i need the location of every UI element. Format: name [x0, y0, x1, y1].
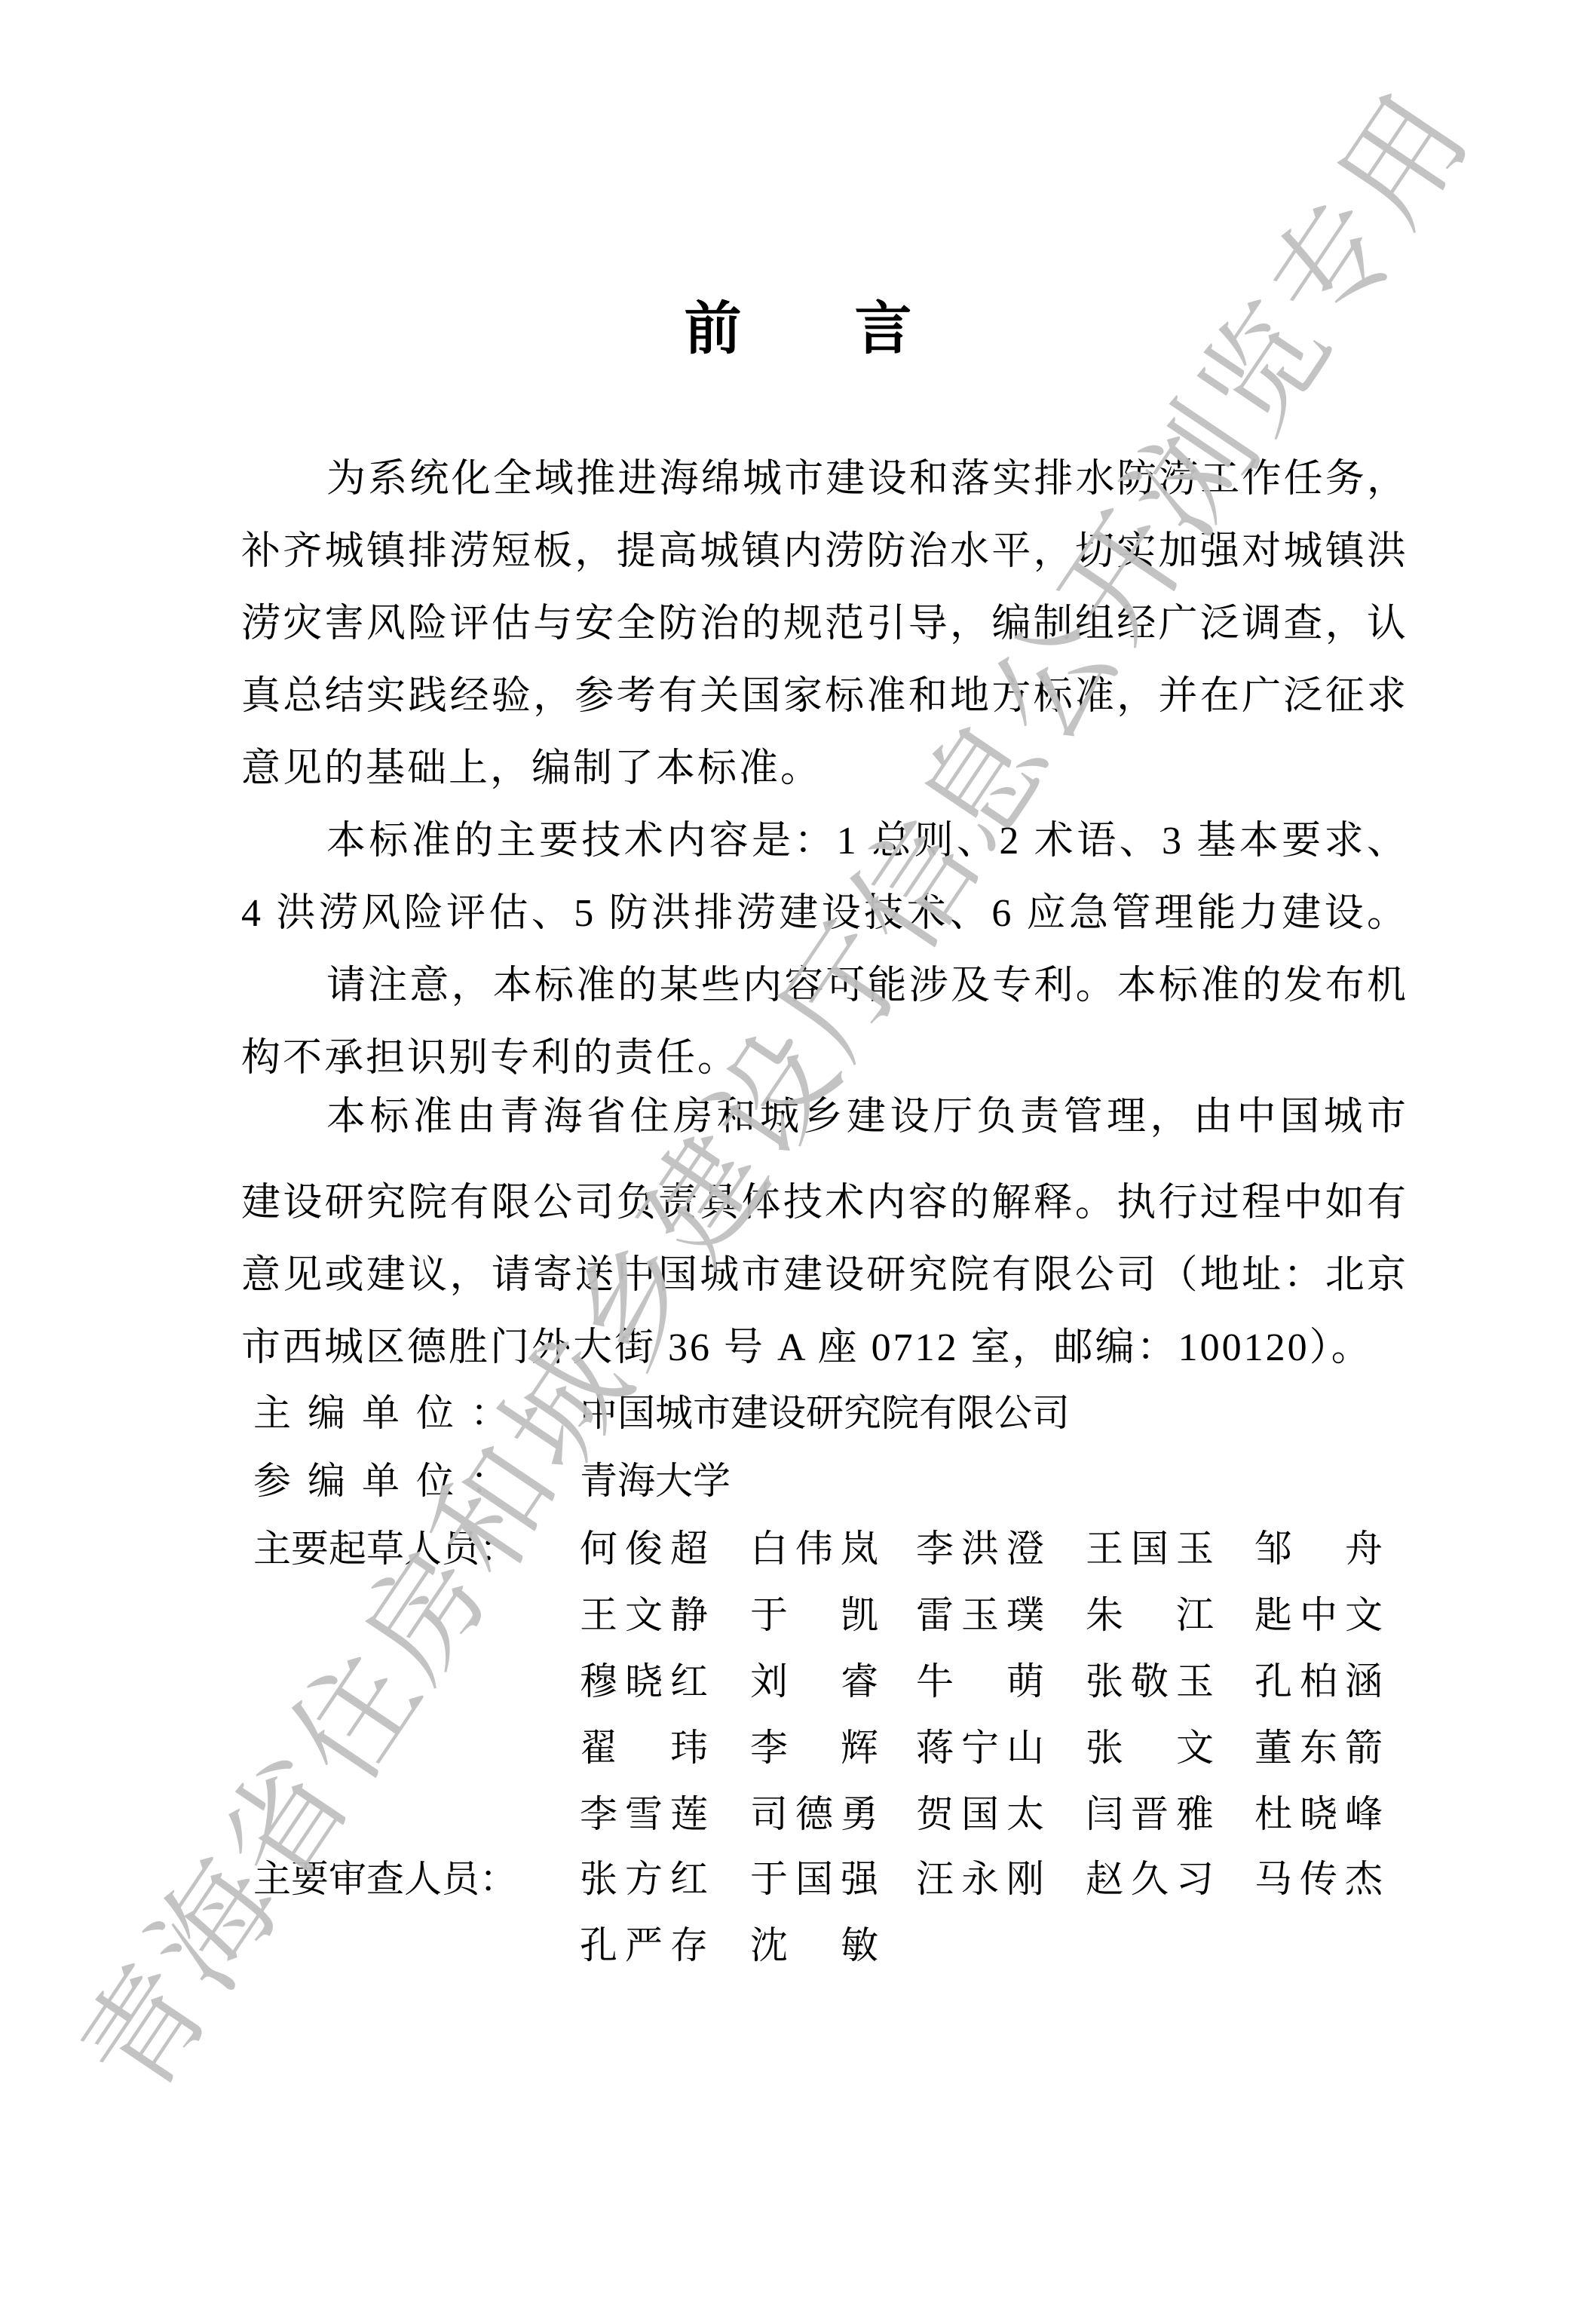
name-row: 穆晓红刘 睿牛 萌张敬玉孔柏涵	[0, 1648, 1596, 1715]
person-name: 王文静	[580, 1582, 708, 1648]
person-name: 朱 江	[1086, 1582, 1214, 1648]
person-name: 于国强	[750, 1846, 878, 1912]
chief-editor-value: 中国城市建设研究院有限公司	[580, 1380, 1070, 1446]
person-name: 闫晋雅	[1086, 1781, 1214, 1847]
title-char-1: 前	[685, 296, 742, 363]
paragraph-line: 建设研究院有限公司负责具体技术内容的解释。执行过程中如有	[241, 1167, 1408, 1240]
person-name: 牛 萌	[916, 1648, 1044, 1715]
paragraph-line: 意见或建议，请寄送中国城市建设研究院有限公司（地址：北京	[241, 1240, 1408, 1312]
paragraph-line: 补齐城镇排涝短板，提高城镇内涝防治水平，切实加强对城镇洪	[241, 516, 1408, 588]
person-name: 何俊超	[580, 1516, 708, 1582]
paragraph-line: 请注意，本标准的某些内容可能涉及专利。本标准的发布机	[326, 950, 1408, 1022]
name-row: 王文静于 凯雷玉璞朱 江匙中文	[0, 1582, 1596, 1648]
person-name: 王国玉	[1086, 1516, 1214, 1582]
person-name: 张敬玉	[1086, 1648, 1214, 1715]
person-name: 李雪莲	[580, 1781, 708, 1847]
paragraph-line: 本标准的主要技术内容是：1 总则、2 术语、3 基本要求、	[326, 805, 1408, 878]
name-row: 孔严存沈 敏	[0, 1912, 1596, 1978]
participant-value: 青海大学	[580, 1448, 731, 1514]
person-name: 于 凯	[750, 1582, 878, 1648]
person-name: 翟 玮	[580, 1715, 708, 1781]
participant-row: 参编单位： 青海大学	[0, 1448, 1596, 1514]
chief-editor-row: 主编单位： 中国城市建设研究院有限公司	[0, 1380, 1596, 1446]
name-row: 何俊超白伟岚李洪澄王国玉邹 舟	[0, 1516, 1596, 1582]
person-name: 李洪澄	[916, 1516, 1044, 1582]
person-name: 张 文	[1086, 1715, 1214, 1781]
page-content: 前言 为系统化全域推进海绵城市建设和落实排水防涝工作任务，补齐城镇排涝短板，提高…	[0, 0, 1596, 2314]
person-name: 白伟岚	[750, 1516, 878, 1582]
person-name: 董东箭	[1254, 1715, 1383, 1781]
paragraph-line: 市西城区德胜门外大街 36 号 A 座 0712 室，邮编：100120）。	[241, 1312, 1373, 1384]
document-page: 前言 为系统化全域推进海绵城市建设和落实排水防涝工作任务，补齐城镇排涝短板，提高…	[0, 0, 1596, 2314]
paragraph-line: 涝灾害风险评估与安全防治的规范引导，编制组经广泛调查，认	[241, 588, 1408, 660]
name-row: 张方红于国强汪永刚赵久习马传杰	[0, 1846, 1596, 1912]
name-row: 翟 玮李 辉蒋宁山张 文董东箭	[0, 1715, 1596, 1781]
person-name: 沈 敏	[750, 1912, 878, 1978]
person-name: 司德勇	[750, 1781, 878, 1847]
title-char-2: 言	[855, 296, 912, 363]
paragraph-line: 4 洪涝风险评估、5 防洪排涝建设技术、6 应急管理能力建设。	[241, 878, 1408, 950]
chief-editor-label: 主编单位：	[253, 1380, 570, 1446]
person-name: 邹 舟	[1254, 1516, 1383, 1582]
person-name: 李 辉	[750, 1715, 878, 1781]
person-name: 孔严存	[580, 1912, 708, 1978]
person-name: 穆晓红	[580, 1648, 708, 1715]
person-name: 杜晓峰	[1254, 1781, 1383, 1847]
paragraph-line: 本标准由青海省住房和城乡建设厅负责管理，由中国城市	[326, 1081, 1408, 1154]
person-name: 马传杰	[1254, 1846, 1383, 1912]
person-name: 张方红	[580, 1846, 708, 1912]
person-name: 贺国太	[916, 1781, 1044, 1847]
page-title: 前言	[0, 296, 1596, 363]
person-name: 孔柏涵	[1254, 1648, 1383, 1715]
participant-label: 参编单位：	[253, 1448, 570, 1514]
name-row: 李雪莲司德勇贺国太闫晋雅杜晓峰	[0, 1781, 1596, 1847]
person-name: 赵久习	[1086, 1846, 1214, 1912]
person-name: 匙中文	[1254, 1582, 1383, 1648]
person-name: 刘 睿	[750, 1648, 878, 1715]
person-name: 雷玉璞	[916, 1582, 1044, 1648]
paragraph-line: 真总结实践经验，参考有关国家标准和地方标准，并在广泛征求	[241, 660, 1408, 733]
paragraph-line: 为系统化全域推进海绵城市建设和落实排水防涝工作任务，	[326, 443, 1408, 516]
person-name: 蒋宁山	[916, 1715, 1044, 1781]
person-name: 汪永刚	[916, 1846, 1044, 1912]
paragraph-line: 意见的基础上，编制了本标准。	[241, 733, 822, 805]
